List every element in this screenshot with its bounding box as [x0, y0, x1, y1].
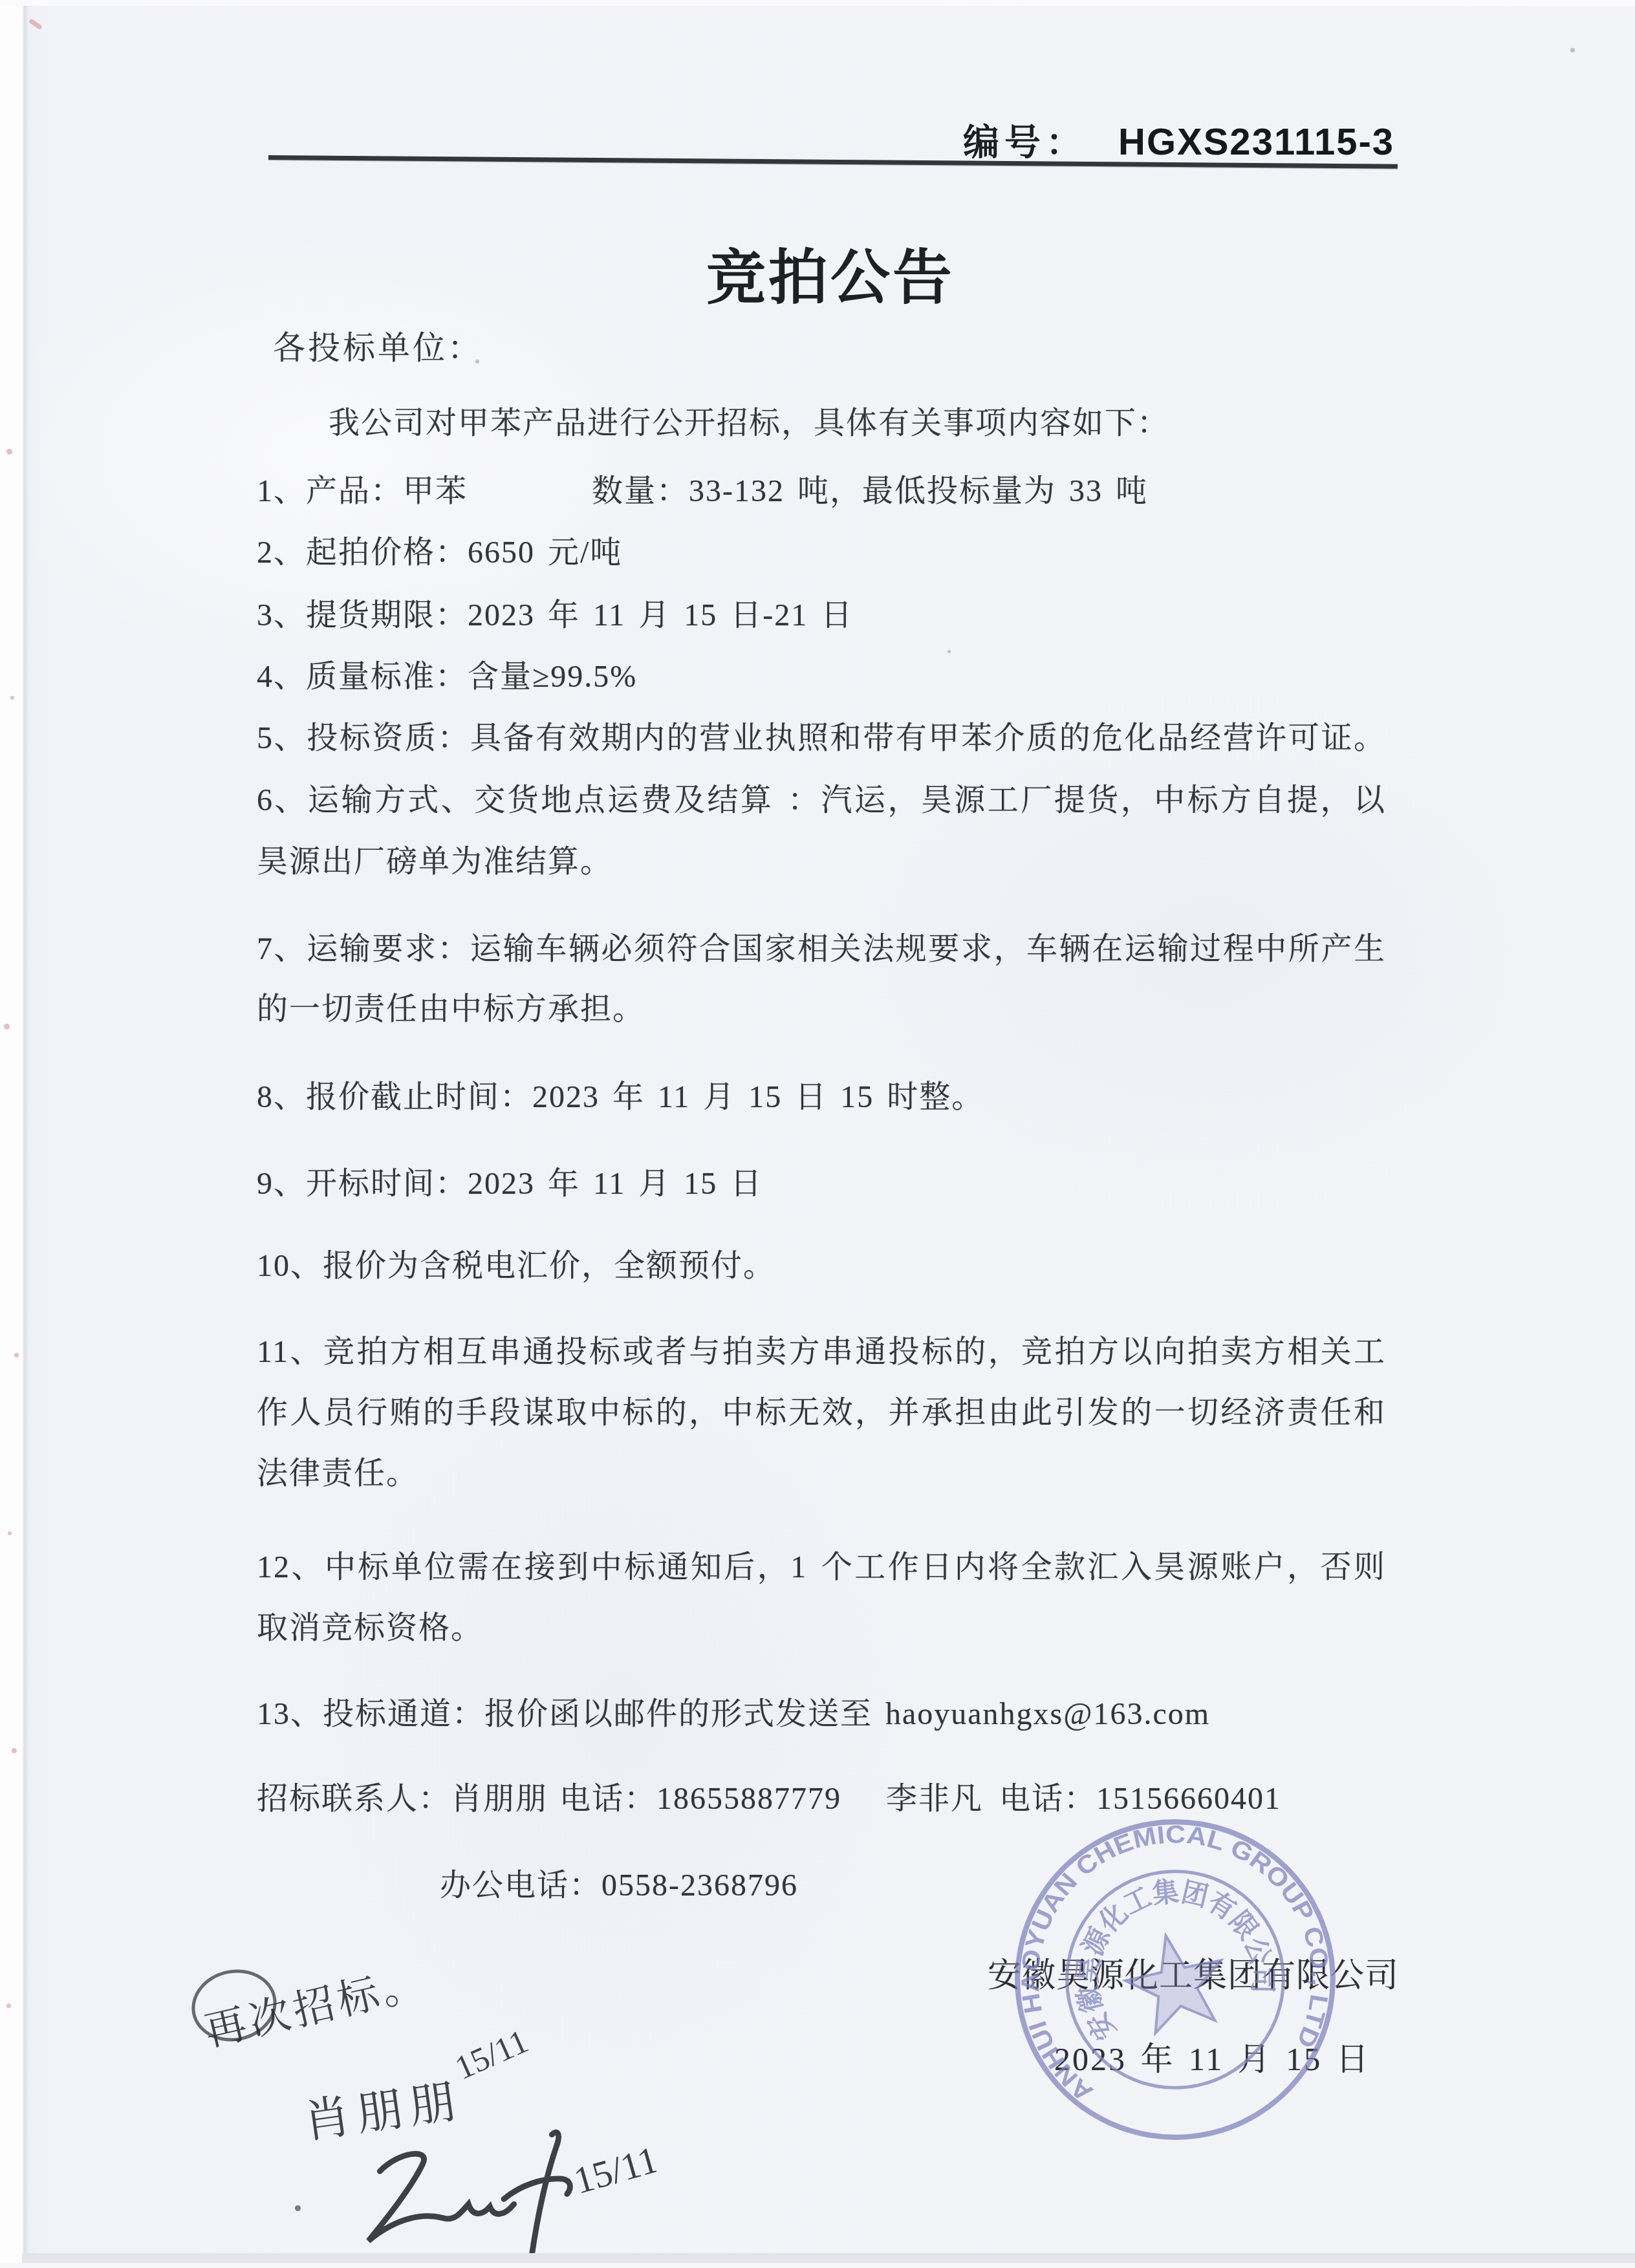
office-phone-line: 办公电话：0558-2368796: [440, 1868, 798, 1903]
scanned-document-page: 编号：HGXS231115-3 竞拍公告 各投标单位： 我公司对甲苯产品进行公开…: [0, 0, 1635, 2268]
line-item-13: 13、投标通道：报价函以邮件的形式发送至 haoyuanhgxs@163.com: [257, 1696, 1210, 1732]
salutation-line: 各投标单位：: [273, 330, 482, 367]
scan-speck: [4, 1024, 10, 1030]
intro-line: 我公司对甲苯产品进行公开招标，具体有关事项内容如下：: [329, 405, 1169, 441]
line-item-12b: 取消竞标资格。: [257, 1610, 483, 1646]
line-item-9: 9、开标时间：2023 年 11 月 15 日: [257, 1166, 763, 1202]
line-item-6b: 昊源出厂磅单为准结算。: [257, 844, 612, 880]
line-item-7a: 7、运输要求：运输车辆必须符合国家相关法规要求，车辆在运输过程中所产生: [257, 931, 1386, 967]
line-item-5: 5、投标资质：具备有效期内的营业执照和带有甲苯介质的危化品经营许可证。: [257, 720, 1386, 756]
doc-number-label: 编号：: [963, 123, 1087, 163]
line-item-11c: 法律责任。: [257, 1456, 418, 1491]
line-item-3: 3、提货期限：2023 年 11 月 15 日-21 日: [257, 598, 853, 633]
scan-speck: [8, 1531, 12, 1535]
doc-number-row: 编号：HGXS231115-3: [963, 114, 1394, 166]
line-item-8: 8、报价截止时间：2023 年 11 月 15 日 15 时整。: [257, 1079, 984, 1115]
doc-title: 竞拍公告: [706, 230, 955, 316]
handwritten-name-date: 15/11: [449, 2022, 534, 2088]
scan-speck: [14, 1353, 19, 1357]
line-item-11b: 作人员行贿的手段谋取中标的，中标无效，并承担由此引发的一切经济责任和: [257, 1395, 1386, 1431]
scan-speck: [475, 360, 479, 363]
line-item-7b: 的一切责任由中标方承担。: [257, 991, 645, 1027]
signature-stroke: [532, 2132, 559, 2256]
contact-primary-phone: 电话：18655887779: [559, 1781, 841, 1817]
scan-bottom-margin: [0, 2263, 1635, 2268]
seal-star-icon: [1118, 1925, 1233, 2036]
line-item-2: 2、起拍价格：6650 元/吨: [257, 535, 622, 570]
scan-speck: [12, 1748, 17, 1753]
company-seal: ANHUI HAOYUAN CHEMICAL GROUP CO., LTD 安徽…: [980, 1784, 1371, 2176]
handwritten-signature: 15/11: [352, 2124, 656, 2268]
scan-speck: [28, 18, 43, 30]
line-item-6a: 6、运输方式、交货地点运费及结算 ：汽运，昊源工厂提货，中标方自提，以: [257, 783, 1386, 818]
contact-secondary: 李非凡: [886, 1781, 983, 1817]
doc-number-value: HGXS231115-3: [1118, 121, 1394, 163]
scan-speck: [10, 696, 14, 700]
line-item-1: 1、产品：甲苯 数量：33-132 吨，最低投标量为 33 吨: [257, 473, 468, 509]
line-item-4: 4、质量标准：含量≥99.5%: [257, 659, 637, 695]
signature-stroke: [504, 2179, 570, 2199]
scan-speck: [947, 650, 951, 653]
scan-speck: [6, 2003, 11, 2008]
contact-primary: 招标联系人：肖朋朋: [257, 1782, 548, 1816]
line-item-12a: 12、中标单位需在接到中标通知后，1 个工作日内将全款汇入昊源账户，否则: [257, 1550, 1386, 1585]
scan-speck: [6, 449, 12, 455]
line-item-10: 10、报价为含税电汇价，全额预付。: [257, 1248, 775, 1284]
scan-speck: [1570, 48, 1575, 52]
scan-bottom-edge: [22, 2253, 1635, 2263]
item-1-product: 1、产品：甲苯: [257, 474, 468, 508]
item-1-quantity: 数量：33-132 吨，最低投标量为 33 吨: [592, 473, 1148, 509]
signature-stroke: [369, 2154, 514, 2241]
scan-speck: [295, 2205, 301, 2211]
scan-top-edge: [0, 0, 1635, 6]
signature-date-text: 15/11: [569, 2138, 656, 2202]
line-item-11a: 11、竞拍方相互串通投标或者与拍卖方串通投标的，竞拍方以向拍卖方相关工: [257, 1334, 1386, 1370]
